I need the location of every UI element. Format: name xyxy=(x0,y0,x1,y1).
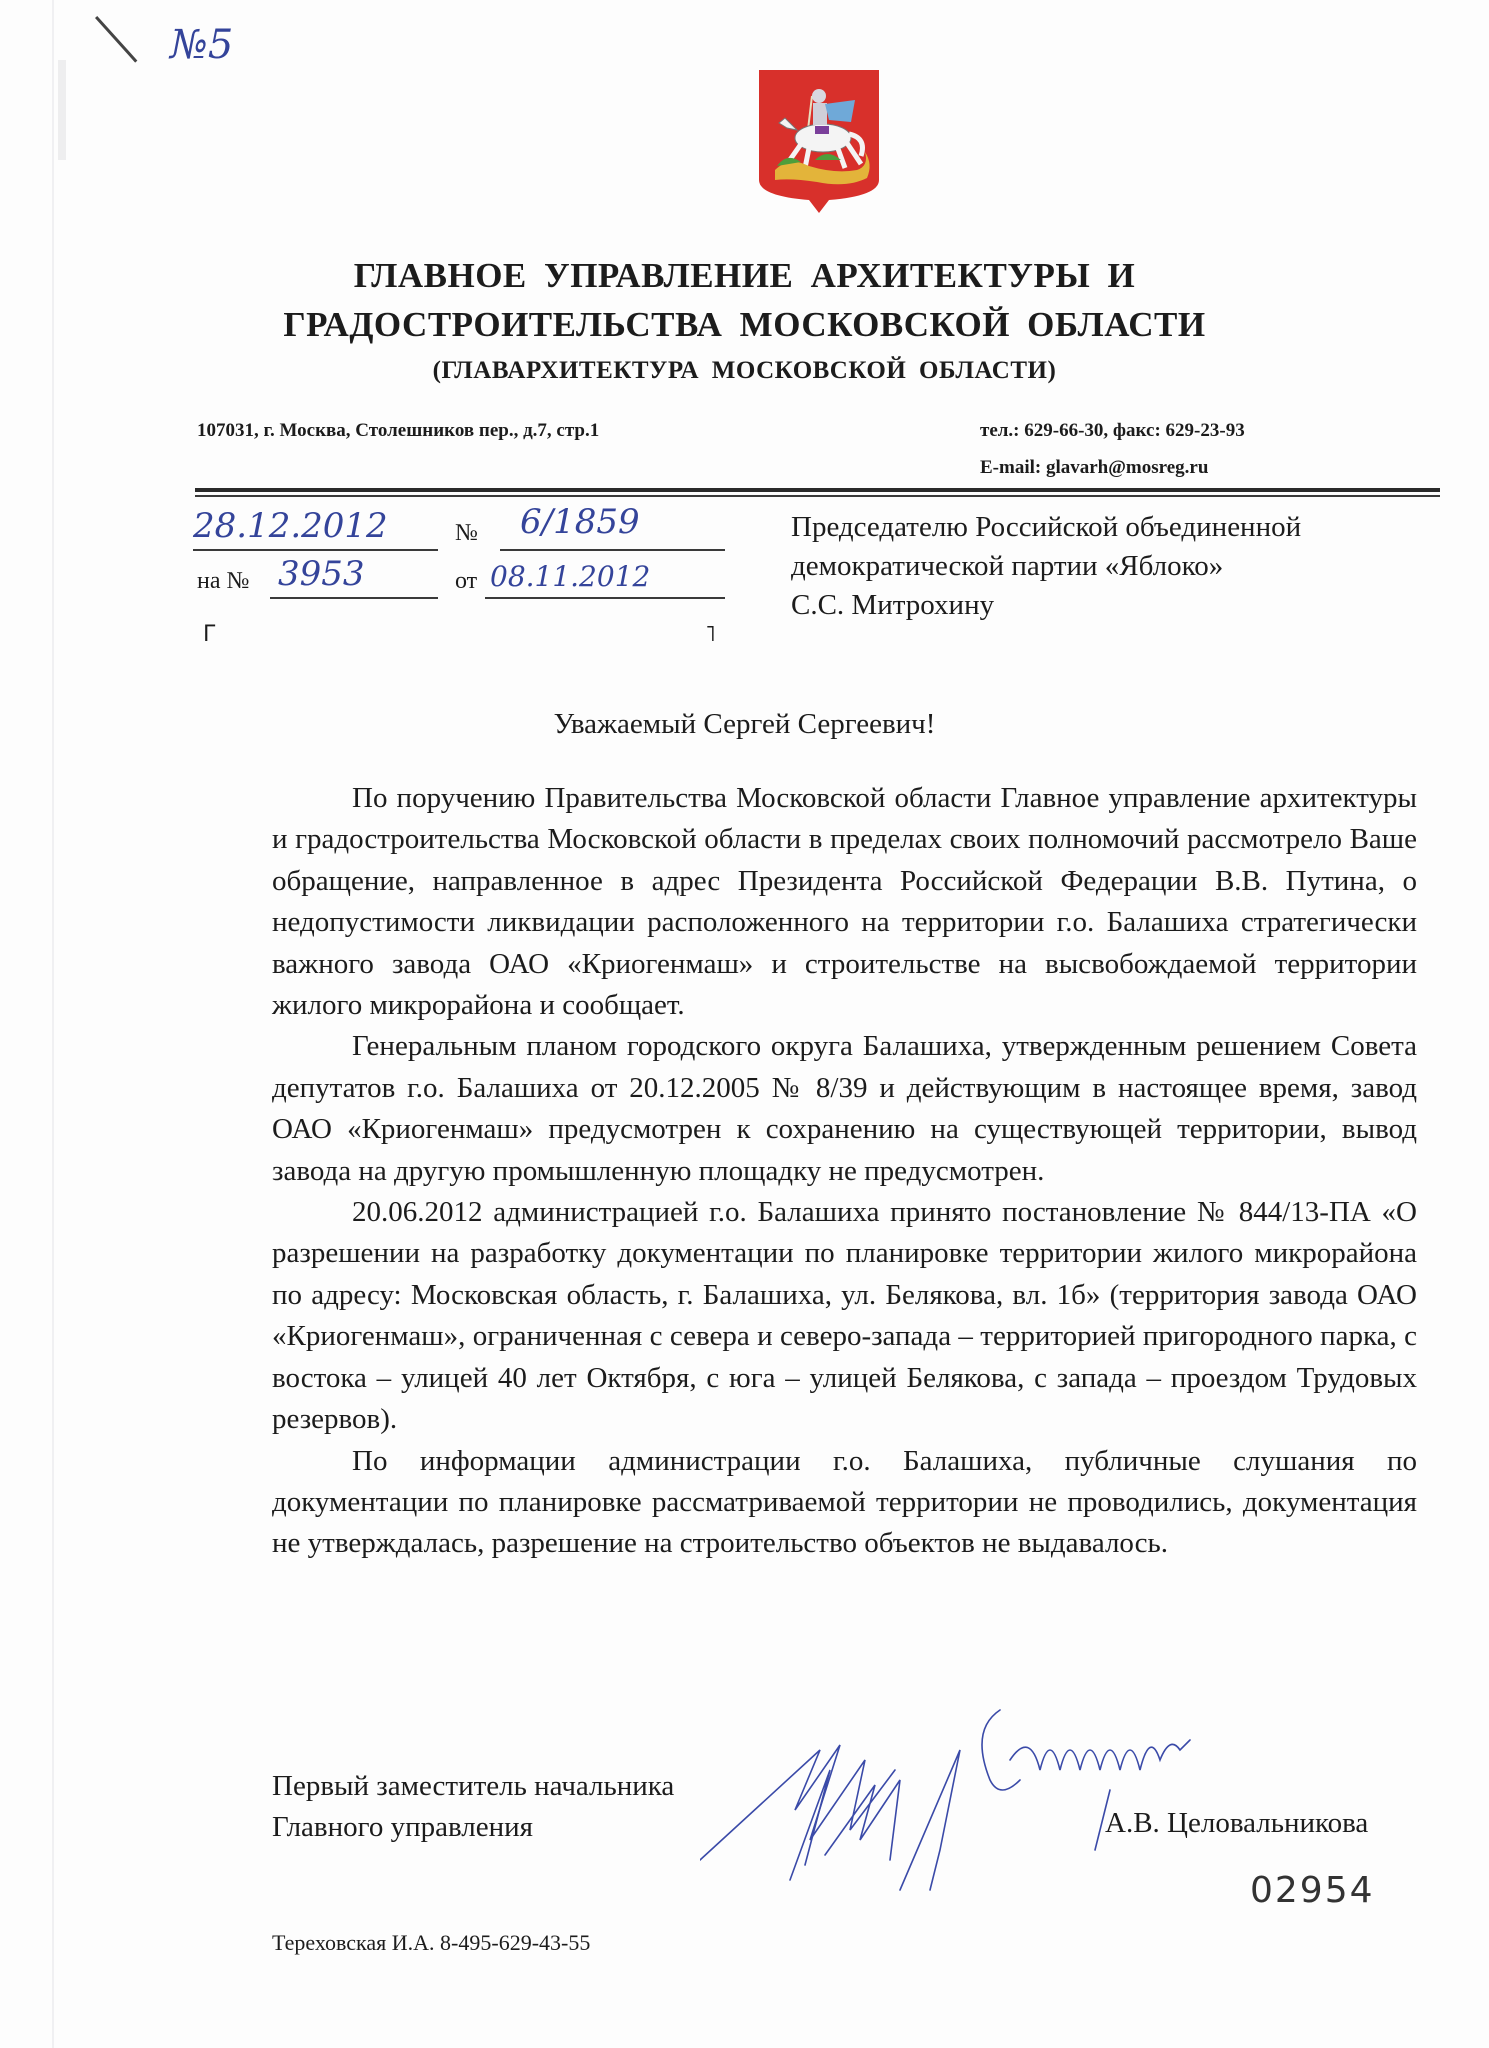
scan-shadow xyxy=(58,60,66,160)
handwritten-number-mark: №5 xyxy=(170,22,233,68)
signatory-name: А.В. Целовальникова xyxy=(1105,1807,1368,1840)
salutation: Уважаемый Сергей Сергеевич! xyxy=(0,708,1489,741)
addressee-line3: С.С. Митрохину xyxy=(791,586,1301,625)
ref-date-value: 08.11.2012 xyxy=(490,560,650,593)
org-address: 107031, г. Москва, Столешников пер., д.7… xyxy=(197,420,599,442)
number-label: № xyxy=(455,520,478,547)
ref-number-value: 3953 xyxy=(278,554,365,594)
corner-mark-right: ˥ xyxy=(705,622,716,647)
signatory-position: Первый заместитель начальника Главного у… xyxy=(272,1766,674,1848)
outgoing-number-value: 6/1859 xyxy=(520,502,640,542)
ref-date-label: от xyxy=(455,568,477,595)
handwritten-slash-mark xyxy=(95,16,137,63)
number-underline xyxy=(500,549,725,551)
corner-mark-left: Г xyxy=(203,622,216,647)
addressee-block: Председателю Российской объединенной дем… xyxy=(791,508,1301,625)
org-title-line3: (ГЛАВАРХИТЕКТУРА МОСКОВСКОЙ ОБЛАСТИ) xyxy=(0,357,1489,385)
date-underline xyxy=(193,549,438,551)
org-title-line1: ГЛАВНОЕ УПРАВЛЕНИЕ АРХИТЕКТУРЫ И xyxy=(0,256,1489,296)
position-line2: Главного управления xyxy=(272,1807,674,1848)
executor-contact: Тереховская И.А. 8-495-629-43-55 xyxy=(272,1930,590,1956)
letter-body: По поручению Правительства Московской об… xyxy=(272,778,1417,1565)
ref-number-label: на № xyxy=(197,568,249,595)
addressee-line1: Председателю Российской объединенной xyxy=(791,508,1301,547)
body-paragraph-1: По поручению Правительства Московской об… xyxy=(272,778,1417,1026)
outgoing-date-value: 28.12.2012 xyxy=(193,506,388,546)
body-paragraph-3: 20.06.2012 администрацией г.о. Балашиха … xyxy=(272,1192,1417,1440)
ref-date-underline xyxy=(485,597,725,599)
position-line1: Первый заместитель начальника xyxy=(272,1766,674,1807)
org-email: E-mail: glavarh@mosreg.ru xyxy=(980,457,1208,479)
header-rule-thin xyxy=(195,495,1440,497)
body-paragraph-2: Генеральным планом городского округа Бал… xyxy=(272,1026,1417,1192)
body-paragraph-4: По информации администрации г.о. Балаших… xyxy=(272,1441,1417,1565)
ref-number-underline xyxy=(270,597,438,599)
coat-of-arms-icon xyxy=(757,68,881,213)
header-rule-thick xyxy=(195,488,1440,492)
addressee-line2: демократической партии «Яблоко» xyxy=(791,547,1301,586)
document-serial-number: 02954 xyxy=(1250,1870,1375,1911)
org-phone-fax: тел.: 629-66-30, факс: 629-23-93 xyxy=(980,420,1245,442)
org-title-line2: ГРАДОСТРОИТЕЛЬСТВА МОСКОВСКОЙ ОБЛАСТИ xyxy=(0,305,1489,345)
